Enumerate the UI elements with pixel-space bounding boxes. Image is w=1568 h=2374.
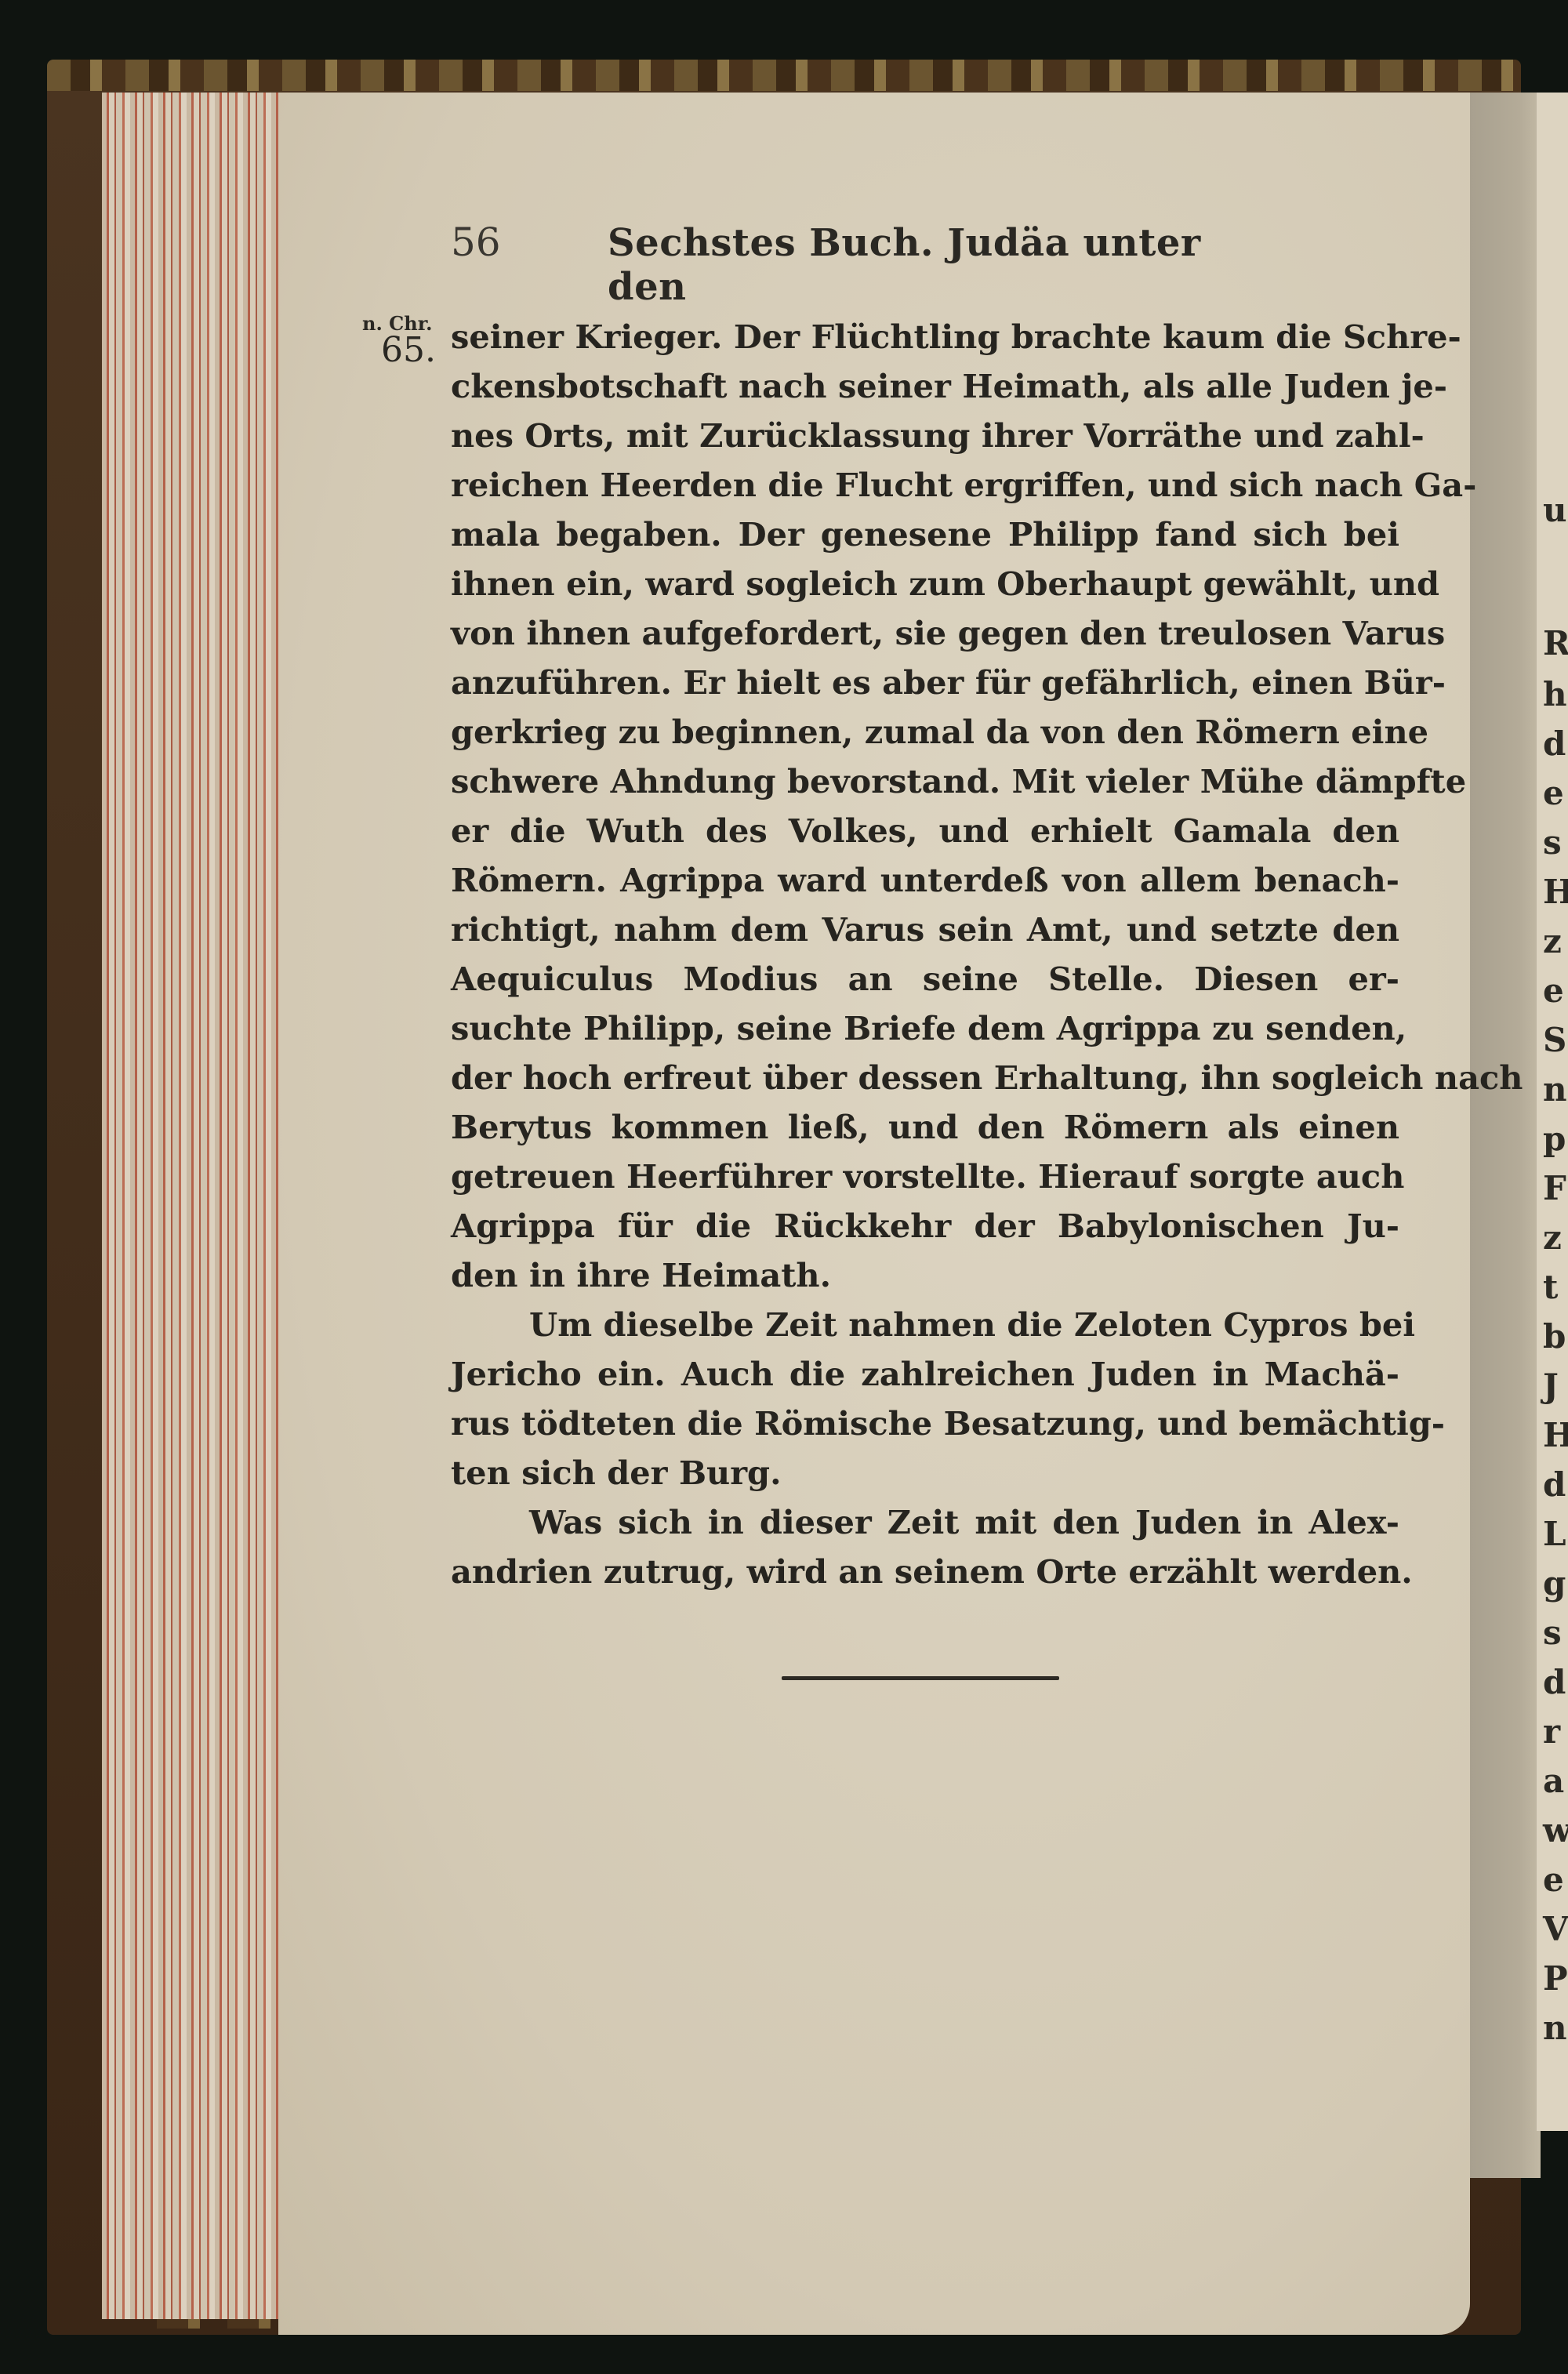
facing-page-letter: d (1543, 728, 1566, 760)
facing-page-letter: V (1543, 1913, 1568, 1946)
facing-page-letter: J (1543, 1370, 1559, 1403)
facing-page-letter: L (1543, 1518, 1566, 1551)
gutter-shadow (1470, 93, 1541, 2178)
text-line: ten sich der Burg. (451, 1448, 1399, 1497)
body-text: seiner Krieger. Der Flüchtling brachte k… (451, 312, 1399, 1596)
text-line: reichen Heerden die Flucht ergriffen, un… (451, 460, 1399, 510)
text-line: schwere Ahndung bevorstand. Mit vieler M… (451, 757, 1399, 806)
text-line: rus tödteten die Römische Besatzung, und… (451, 1399, 1399, 1448)
text-line: von ihnen aufgefordert, sie gegen den tr… (451, 608, 1399, 658)
facing-page-letter: z (1543, 1221, 1562, 1254)
text-line: suchte Philipp, seine Briefe dem Agrippa… (451, 1004, 1399, 1053)
facing-page-letter: b (1543, 1320, 1566, 1353)
text-line: Aequiculus Modius an seine Stelle. Diese… (451, 954, 1399, 1004)
text-line: mala begaben. Der genesene Philipp fand … (451, 510, 1399, 559)
page-edges-stack (102, 93, 282, 2319)
page-header: 56 Sechstes Buch. Judäa unter den (451, 220, 1274, 282)
paragraph-3: Was sich in dieser Zeit mit den Juden in… (451, 1497, 1399, 1596)
facing-page-letter: t (1543, 1271, 1558, 1304)
text-line: ihnen ein, ward sogleich zum Oberhaupt g… (451, 559, 1399, 608)
facing-page-letter: S (1543, 1024, 1566, 1057)
text-line: gerkrieg zu beginnen, zumal da von den R… (451, 707, 1399, 757)
facing-page-letter: w (1543, 1814, 1568, 1847)
text-line: ckensbotschaft nach seiner Heimath, als … (451, 361, 1399, 411)
section-end-rule (782, 1676, 1059, 1680)
facing-page-letter: P (1543, 1962, 1568, 1995)
text-line: Agrippa für die Rückkehr der Babylonisch… (451, 1201, 1399, 1251)
facing-page-letter: R (1543, 627, 1568, 660)
facing-page-letter: H (1543, 876, 1568, 909)
facing-page-letter: n (1543, 1073, 1567, 1106)
paragraph-2: Um dieselbe Zeit nahmen die Zeloten Cypr… (451, 1300, 1399, 1497)
cover-top-edge (47, 60, 1521, 91)
facing-page-letter: n (1543, 2012, 1567, 2045)
text-line: er die Wuth des Volkes, und erhielt Gama… (451, 806, 1399, 855)
text-line: anzuführen. Er hielt es aber für gefährl… (451, 658, 1399, 707)
facing-page-letter: p (1543, 1123, 1566, 1156)
text-line: nes Orts, mit Zurücklassung ihrer Vorrät… (451, 411, 1399, 460)
text-line: seiner Krieger. Der Flüchtling brachte k… (451, 312, 1399, 361)
text-line: getreuen Heerführer vorstellte. Hierauf … (451, 1152, 1399, 1201)
facing-page-letter: g (1543, 1567, 1566, 1600)
running-head: Sechstes Buch. Judäa unter den (608, 221, 1274, 309)
facing-page-letter: u (1543, 494, 1567, 527)
facing-page-letter: F (1543, 1172, 1566, 1205)
text-line: Jericho ein. Auch die zahlreichen Juden … (451, 1349, 1399, 1399)
text-line: Um dieselbe Zeit nahmen die Zeloten Cypr… (451, 1300, 1399, 1349)
text-line: andrien zutrug, wird an seinem Orte erzä… (451, 1547, 1399, 1596)
text-line: Römern. Agrippa ward unterdeß von allem … (451, 855, 1399, 905)
facing-page-letter: e (1543, 975, 1564, 1007)
facing-page-letter: z (1543, 925, 1562, 958)
facing-page-letter: d (1543, 1468, 1566, 1501)
facing-page-letter: e (1543, 777, 1564, 810)
facing-page-letter: s (1543, 1617, 1562, 1650)
text-line: richtigt, nahm dem Varus sein Amt, und s… (451, 905, 1399, 954)
text-line: der hoch erfreut über dessen Erhaltung, … (451, 1053, 1399, 1102)
text-line: Was sich in dieser Zeit mit den Juden in… (451, 1497, 1399, 1547)
facing-page-letter: d (1543, 1666, 1566, 1699)
facing-page-letter: e (1543, 1864, 1564, 1897)
facing-page-letter: h (1543, 678, 1567, 711)
page-number: 56 (451, 220, 501, 265)
paragraph-1: seiner Krieger. Der Flüchtling brachte k… (451, 312, 1399, 1300)
margin-year: 65. (381, 330, 441, 370)
margin-note: n. Chr. 65. (362, 312, 441, 370)
text-line: Berytus kommen ließ, und den Römern als … (451, 1102, 1399, 1152)
facing-page-letter: r (1543, 1715, 1560, 1748)
facing-page-letter: s (1543, 826, 1562, 859)
text-line: den in ihre Heimath. (451, 1251, 1399, 1300)
facing-page-letter: a (1543, 1765, 1564, 1798)
facing-page-letter: H (1543, 1419, 1568, 1452)
